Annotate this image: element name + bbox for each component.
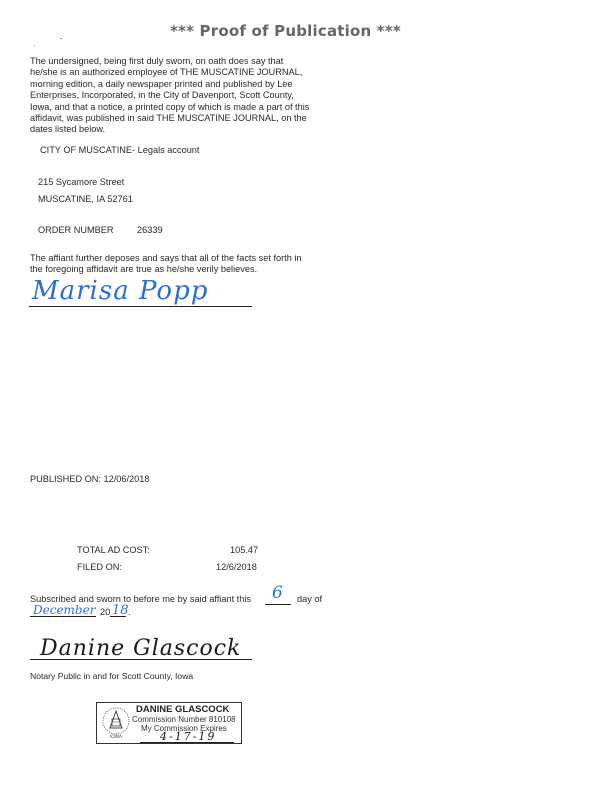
scan-speck: [34, 45, 35, 46]
order-number-label: ORDER NUMBER: [38, 225, 114, 235]
published-on: PUBLISHED ON: 12/06/2018: [30, 474, 150, 484]
account-address-line2: MUSCATINE, IA 52761: [38, 194, 133, 204]
intro-line: Iowa, and that a notice, a printed copy …: [30, 102, 340, 113]
sworn-period: .: [128, 607, 131, 617]
stamp-notary-name: DANINE GLASCOCK: [136, 704, 229, 715]
intro-paragraph: The undersigned, being first duly sworn,…: [30, 56, 340, 136]
stamp-expires-handwritten: 4-17-19: [160, 730, 216, 743]
account-name: CITY OF MUSCATINE- Legals account: [40, 145, 199, 155]
filed-on-label: FILED ON:: [77, 562, 122, 572]
year-handwritten: 18: [112, 603, 129, 618]
year-prefix: 20: [100, 607, 110, 617]
affirmation-line: The affiant further deposes and says tha…: [30, 253, 302, 264]
notary-signature: Danine Glascock: [40, 636, 241, 661]
svg-text:IOWA: IOWA: [110, 734, 123, 740]
account-address-line1: 215 Sycamore Street: [38, 177, 124, 187]
intro-line: dates listed below.: [30, 124, 340, 135]
notary-signature-line: [30, 659, 252, 660]
stamp-commission-number: Commission Number 810108: [132, 715, 236, 724]
document-title: *** Proof of Publication ***: [0, 22, 614, 40]
affirmation-text: The affiant further deposes and says tha…: [30, 253, 302, 276]
intro-line: morning edition, a daily newspaper print…: [30, 79, 340, 90]
notary-caption: Notary Public in and for Scott County, I…: [30, 671, 193, 681]
intro-line: affidavit, was published in said THE MUS…: [30, 113, 340, 124]
intro-line: Enterprises, Incorporated, in the City o…: [30, 90, 340, 101]
intro-line: The undersigned, being first duly sworn,…: [30, 56, 340, 67]
total-ad-cost-value: 105.47: [230, 545, 258, 555]
filed-on-value: 12/6/2018: [216, 562, 257, 572]
day-handwritten: 6: [272, 583, 283, 603]
affiant-signature: Marisa Popp: [32, 276, 208, 306]
scan-speck: [60, 38, 62, 39]
intro-line: he/she is an authorized employee of THE …: [30, 67, 340, 78]
day-of-text: day of: [297, 594, 322, 604]
month-handwritten: December: [33, 603, 95, 617]
affiant-signature-line: [29, 306, 252, 307]
day-blank: [265, 604, 291, 605]
notarial-seal-icon: IOWA: [100, 704, 132, 740]
affirmation-line: the foregoing affidavit are true as he/s…: [30, 264, 302, 275]
order-number-value: 26339: [137, 225, 163, 235]
total-ad-cost-label: TOTAL AD COST:: [77, 545, 150, 555]
